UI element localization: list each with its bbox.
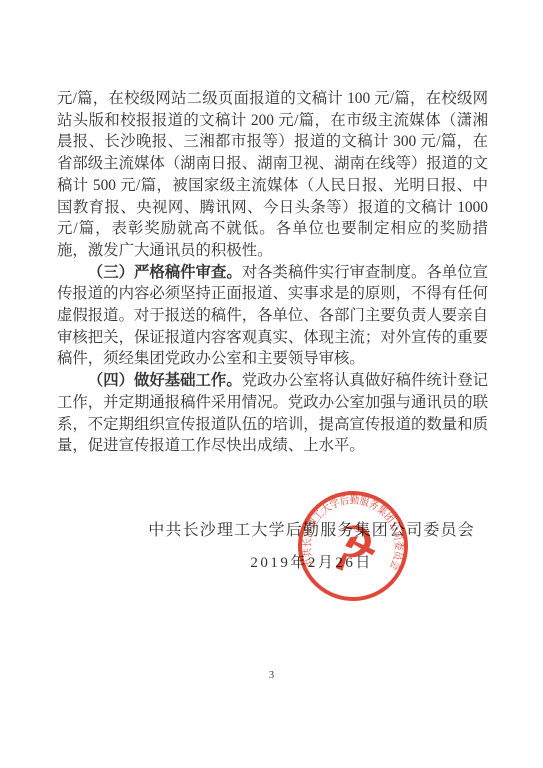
hammer-sickle-icon: ☭ <box>321 509 386 586</box>
paragraph-lead: （四）做好基础工作。 <box>88 372 242 389</box>
paragraph-section-4: （四）做好基础工作。党政办公室将认真做好稿件统计登记工作，并定期通报稿件采用情况… <box>57 370 488 457</box>
official-seal: 中共长沙理工大学后勤服务集团公司委员会 ☭ <box>293 485 413 607</box>
paragraph-continuation: 元/篇，在校级网站二级页面报道的文稿计 100 元/篇，在校级网站头版和校报报道… <box>57 88 488 262</box>
paragraph-text: 元/篇，在校级网站二级页面报道的文稿计 100 元/篇，在校级网站头版和校报报道… <box>57 90 488 259</box>
document-body: 元/篇，在校级网站二级页面报道的文稿计 100 元/篇，在校级网站头版和校报报道… <box>57 88 488 457</box>
paragraph-section-3: （三）严格稿件审查。对各类稿件实行审查制度。各单位宣传报道的内容必须坚持正面报道… <box>57 262 488 371</box>
document-page: 元/篇，在校级网站二级页面报道的文稿计 100 元/篇，在校级网站头版和校报报道… <box>0 0 543 768</box>
paragraph-lead: （三）严格稿件审查。 <box>88 264 242 281</box>
page-number: 3 <box>0 670 543 681</box>
